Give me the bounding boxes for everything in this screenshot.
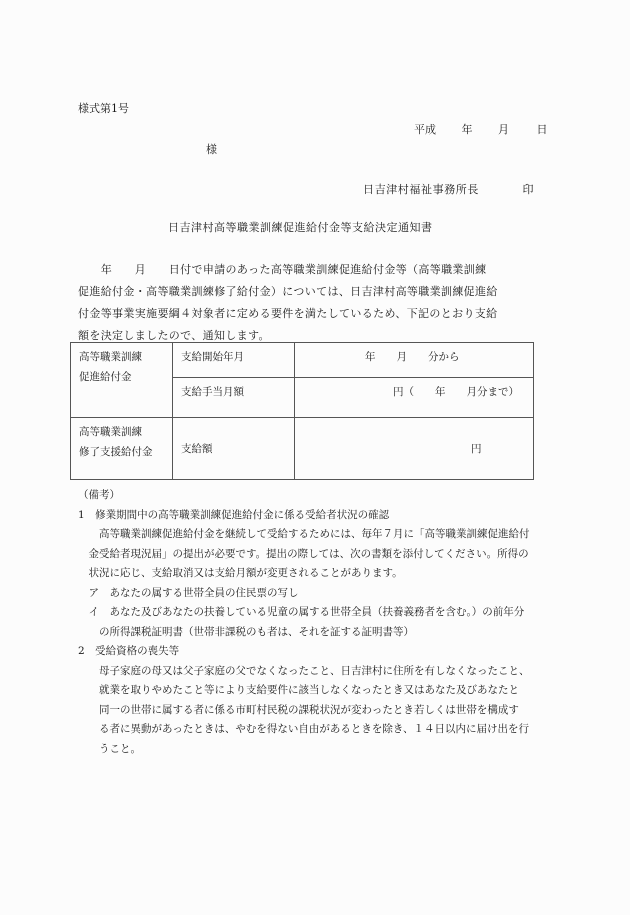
date-day: 日 — [537, 123, 548, 136]
date-year: 年 — [462, 123, 473, 136]
body-line: 付金等事業実施要綱４対象者に定める要件を満たしているため、下記のとおり支給 — [78, 303, 558, 325]
category-label: 促進給付金 — [79, 367, 164, 387]
date-month: 月 — [498, 123, 509, 136]
start-month-text: 年 月 分から — [365, 351, 460, 363]
seal-mark: 印 — [523, 183, 534, 196]
issuer: 日吉津村福祉事務所長 印 — [363, 184, 534, 195]
note-line: 2 受給資格の喪失等 — [78, 642, 568, 662]
category-cell-promotion: 高等職業訓練 促進給付金 — [71, 343, 173, 418]
body-line: 促進給付金・高等職業訓練修了給付金）については、日吉津村高等職業訓練促進給 — [78, 281, 558, 303]
category-cell-completion: 高等職業訓練 修了支援給付金 — [71, 418, 173, 480]
start-month-label: 支給開始年月 — [173, 343, 295, 378]
recipient-suffix: 様 — [206, 144, 217, 155]
note-line: 1 修業期間中の高等職業訓練促進給付金に係る受給者状況の確認 — [78, 506, 568, 526]
note-line: の所得課税証明書（世帯非課税のも者は、それを証する証明書等） — [78, 623, 568, 643]
payment-amount-text: 支給額 — [181, 443, 213, 455]
payment-amount-label: 支給額 — [173, 418, 295, 480]
note-line: 同一の世帯に属する者に係る市町村民税の課税状況が変わったとき若しくは世帯を構成す — [78, 701, 568, 721]
benefit-table: 高等職業訓練 促進給付金 支給開始年月 年 月 分から 支給手当月額 円（ 年 … — [70, 342, 534, 480]
start-month-value: 年 月 分から — [295, 343, 534, 378]
payment-amount-value: 円 — [295, 418, 534, 480]
note-line: 就業を取りやめたこと等により支給要件に該当しなくなったとき又はあなた及びあなたと — [78, 681, 568, 701]
monthly-amount-value: 円（ 年 月分まで） — [295, 378, 534, 418]
notes-section: （備考） 1 修業期間中の高等職業訓練促進給付金に係る受給者状況の確認 高等職業… — [78, 486, 568, 759]
note-line: る者に異動があったときは、やむを得ない自由があるときを除き、１４日以内に届け出を… — [78, 720, 568, 740]
note-line: うこと。 — [78, 740, 568, 760]
note-line: 状況に応じ、支給取消又は支給月額が変更されることがあります。 — [78, 564, 568, 584]
notes-heading: （備考） — [78, 486, 568, 506]
category-label: 高等職業訓練 — [79, 347, 164, 367]
note-line: 金受給者現況届」の提出が必要です。提出の際しては、次の書類を添付してください。所… — [78, 545, 568, 565]
monthly-amount-text: 円（ 年 月分まで） — [393, 386, 519, 398]
note-line: ア あなたの属する世帯全員の住民票の写し — [78, 584, 568, 604]
date-line: 平成 年 月 日 — [414, 124, 548, 135]
note-line: 母子家庭の母又は父子家庭の父でなくなったこと、日吉津村に住所を有しなくなったこと… — [78, 662, 568, 682]
body-line: 年 月 日付で申請のあった高等職業訓練促進給付金等（高等職業訓練 — [78, 259, 558, 281]
body-paragraph: 年 月 日付で申請のあった高等職業訓練促進給付金等（高等職業訓練 促進給付金・高… — [78, 259, 558, 347]
monthly-amount-label: 支給手当月額 — [173, 378, 295, 418]
note-line: 高等職業訓練促進給付金を継続して受給するためには、毎年７月に「高等職業訓練促進給… — [78, 525, 568, 545]
category-label: 高等職業訓練 — [79, 422, 164, 442]
date-era: 平成 — [414, 123, 436, 136]
document-title: 日吉津村高等職業訓練促進給付金等支給決定通知書 — [168, 222, 433, 233]
category-label: 修了支援給付金 — [79, 442, 164, 462]
issuer-title: 日吉津村福祉事務所長 — [363, 183, 479, 196]
yen-unit: 円 — [471, 443, 482, 455]
form-number: 様式第1号 — [78, 103, 129, 114]
note-line: イ あなた及びあなたの扶養している児童の属する世帯全員（扶養義務者を含む。）の前… — [78, 603, 568, 623]
